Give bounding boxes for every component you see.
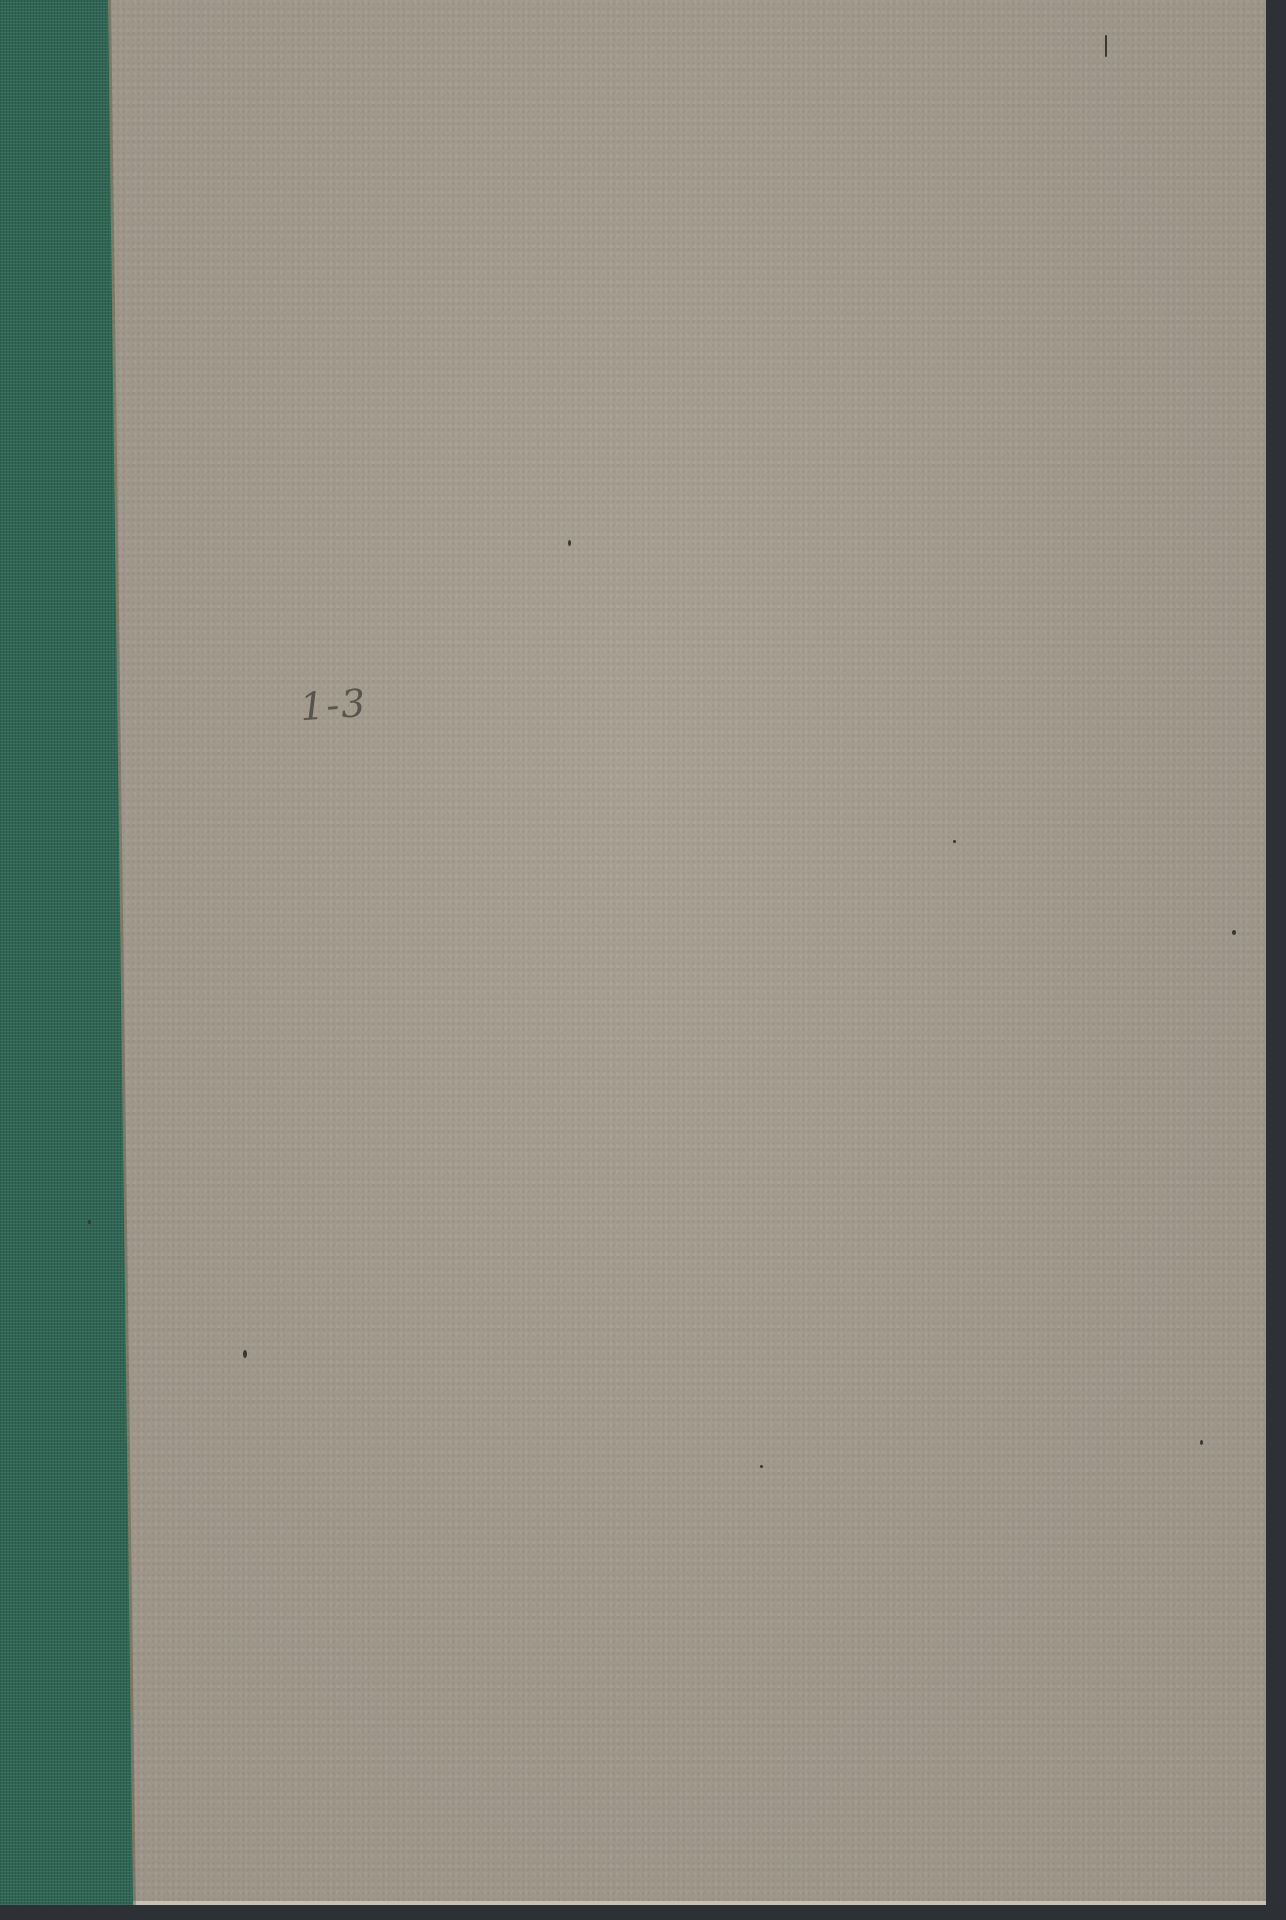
book-cover: 1-3 xyxy=(0,0,1266,1905)
speck xyxy=(88,1220,91,1224)
speck xyxy=(760,1465,763,1468)
speck xyxy=(1232,930,1236,935)
speck xyxy=(243,1350,247,1358)
speck xyxy=(1200,1440,1203,1445)
speck xyxy=(953,840,956,843)
cover-board xyxy=(0,0,1266,1905)
speck xyxy=(568,540,571,546)
handwritten-note: 1-3 xyxy=(299,681,369,730)
speck xyxy=(1105,35,1107,57)
